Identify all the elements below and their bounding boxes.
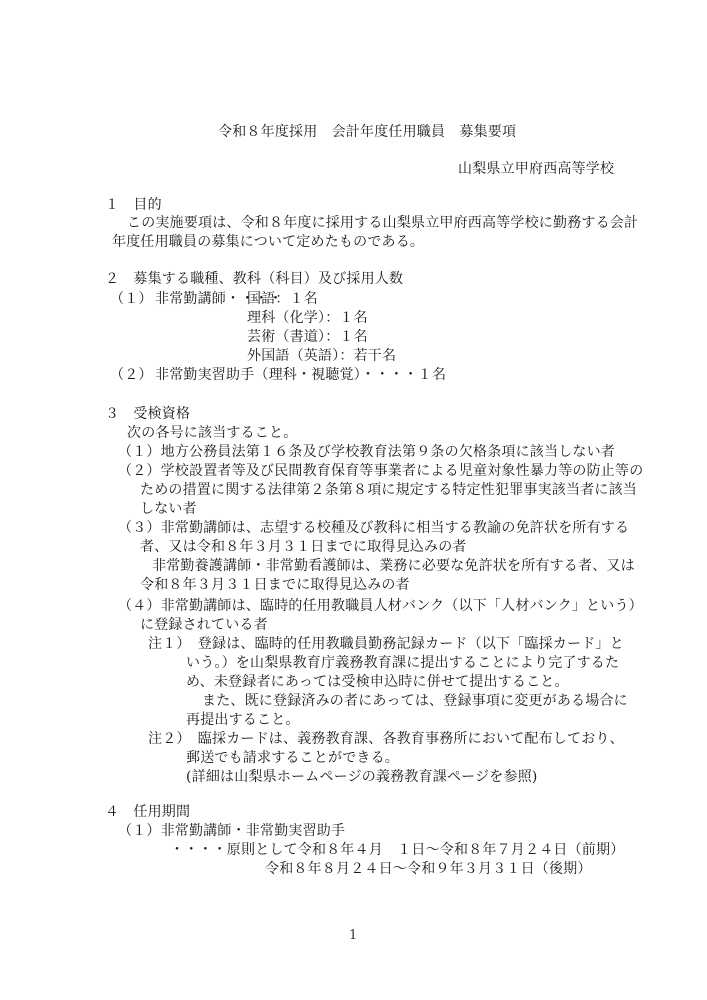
paragraph-line: （２）学校設置者等及び民間教育保育等事業者による児童対象性暴力等の防止等の [118,462,643,480]
page-number: 1 [349,928,357,943]
note-line: また、既に登録済みの者にあっては、登録事項に変更がある場合に [202,692,628,710]
note-line: (詳細は山梨県ホームページの義務教育課ページを参照) [186,768,538,786]
section-heading: ４ 任用期間 [105,803,190,821]
term-second-period: 令和８年８月２４日～令和９年３月３１日（後期） [265,860,592,878]
section-heading: ３ 受検資格 [105,405,190,423]
item-label: （１） [110,290,153,308]
role-lab-assistant: 非常勤実習助手（理科・視聴覚）・・・・１名 [155,366,446,384]
section-heading: １ 目的 [105,196,162,214]
paragraph-line: 非常勤養護講師・非常勤看護師は、業務に必要な免許状を所有する者、又は [152,557,635,575]
note-line: 注１） 登録は、臨時的任用教職員勤務記録カード（以下「臨採カード」と [148,635,624,653]
paragraph-line: しない者 [140,500,197,518]
note-line: め、未登録者にあっては受検申込時に併せて提出すること。 [186,673,569,691]
paragraph-line: に登録されている者 [140,616,268,634]
note-line: いう。）を山梨県教育庁義務教育課に提出することにより完了するた [186,654,619,672]
subject-line: 外国語（英語）：若干名 [247,347,396,365]
paragraph-line: 年度任用職員の募集について定めたものである。 [112,233,424,251]
paragraph-line: ための措置に関する法律第２条第８項に規定する特定性犯罪事実該当者に該当 [140,481,637,499]
note-line: 郵送でも請求することができる。 [186,749,399,767]
document-title: 令和８年度採用 会計年度任用職員 募集要項 [218,123,516,141]
paragraph-line: 者、又は令和８年３月３１日までに取得見込みの者 [140,538,467,556]
paragraph-line: （４）非常勤講師は、臨時的任用教職員人材バンク（以下「人材バンク」という） [118,597,643,615]
subject-line: 芸術（書道）：１名 [247,328,368,346]
section-heading: ２ 募集する職種、教科（科目）及び採用人数 [105,270,403,288]
paragraph-line: （１）地方公務員法第１６条及び学校教育法第９条の欠格条項に該当しない者 [118,443,615,461]
issuer-name: 山梨県立甲府西高等学校 [458,160,614,178]
paragraph-line: （３）非常勤講師は、志望する校種及び教科に相当する教諭の免許状を所有する [118,519,629,537]
paragraph-line: （１）非常勤講師・非常勤実習助手 [118,822,345,840]
subject-line: 国語：１名 [247,290,318,308]
term-first-period: ・・・・原則として令和８年４月 １日～令和８年７月２４日（前期） [170,841,624,859]
paragraph-line: 令和８年３月３１日までに取得見込みの者 [140,576,410,594]
note-line: 注２） 臨採カードは、義務教育課、各教育事務所において配布しており、 [148,730,624,748]
paragraph-line: この実施要項は、令和８年度に採用する山梨県立甲府西高等学校に勤務する会計 [127,214,638,232]
subject-line: 理科（化学）：１名 [247,309,368,327]
paragraph-line: 次の各号に該当すること。 [127,424,297,442]
note-line: 再提出すること。 [186,711,300,729]
item-label: （２） [110,366,153,384]
